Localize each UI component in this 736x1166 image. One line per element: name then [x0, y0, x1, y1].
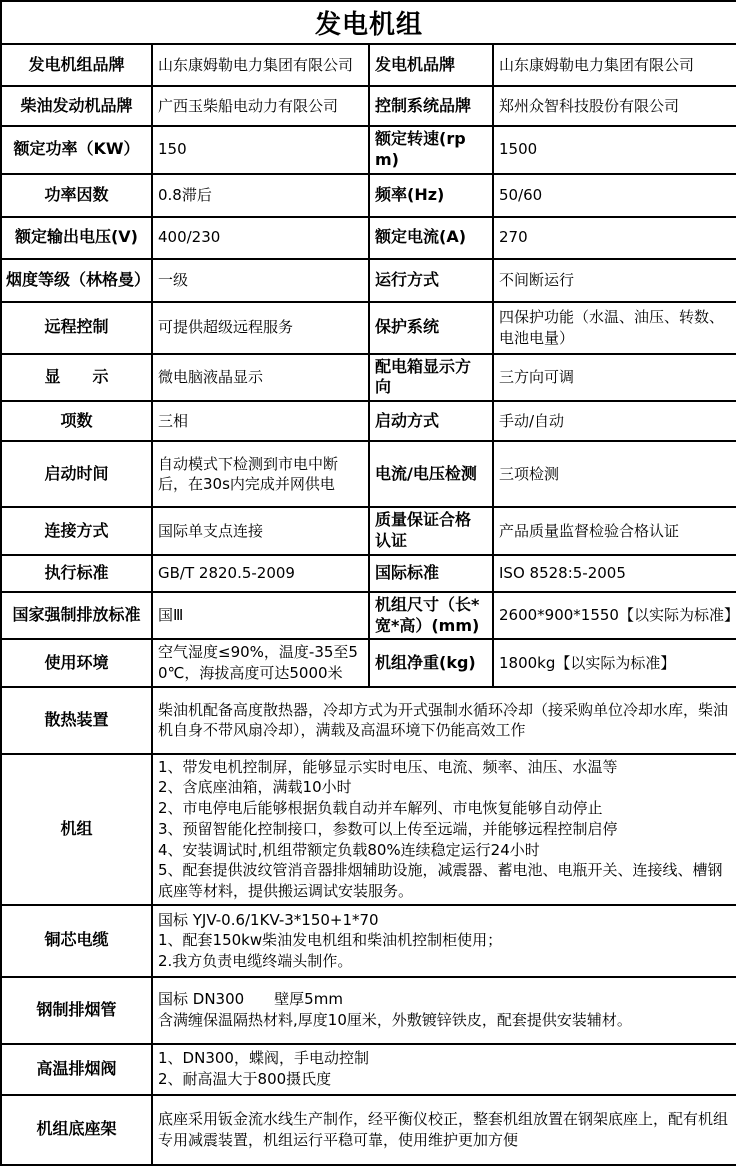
row-label: 质量保证合格认证 [369, 507, 493, 555]
spec-row: 执行标准 GB/T 2820.5-2009 国际标准 ISO 8528:5-20… [1, 555, 736, 592]
row-value: 1500 [493, 126, 736, 174]
row-value: 国标 YJV-0.6/1KV-3*150+1*70 1、配套150kw柴油发电机… [152, 905, 736, 977]
page-title: 发电机组 [1, 1, 736, 44]
row-label: 电流/电压检测 [369, 441, 493, 507]
row-label: 额定功率（KW） [1, 126, 152, 174]
row-value: 底座采用钣金流水线生产制作，经平衡仪校正，整套机组放置在钢架底座上，配有机组专用… [152, 1095, 736, 1165]
detail-row: 铜芯电缆 国标 YJV-0.6/1KV-3*150+1*70 1、配套150kw… [1, 905, 736, 977]
row-label: 连接方式 [1, 507, 152, 555]
detail-row: 散热装置 柴油机配备高度散热器，冷却方式为开式强制水循环冷却（接采购单位冷却水库… [1, 687, 736, 754]
detail-row: 机组底座架 底座采用钣金流水线生产制作，经平衡仪校正，整套机组放置在钢架底座上，… [1, 1095, 736, 1165]
generator-spec-table: 发电机组 发电机组品牌 山东康姆勒电力集团有限公司 发电机品牌 山东康姆勒电力集… [0, 0, 736, 1166]
row-value: 郑州众智科技股份有限公司 [493, 86, 736, 126]
row-value: 一级 [152, 259, 369, 302]
spec-row: 额定输出电压(V) 400/230 额定电流(A) 270 [1, 217, 736, 259]
spec-row: 项数 三相 启动方式 手动/自动 [1, 401, 736, 441]
row-value: 三项检测 [493, 441, 736, 507]
spec-row: 发电机组品牌 山东康姆勒电力集团有限公司 发电机品牌 山东康姆勒电力集团有限公司 [1, 44, 736, 86]
spec-row: 国家强制排放标准 国Ⅲ 机组尺寸（长*宽*高）(mm) 2600*900*155… [1, 592, 736, 640]
row-value: 三方向可调 [493, 354, 736, 402]
row-value: 三相 [152, 401, 369, 441]
row-label: 控制系统品牌 [369, 86, 493, 126]
row-label: 机组净重(kg) [369, 639, 493, 686]
row-value: ISO 8528:5-2005 [493, 555, 736, 592]
row-label: 发电机品牌 [369, 44, 493, 86]
row-value: 可提供超级远程服务 [152, 302, 369, 354]
row-label: 执行标准 [1, 555, 152, 592]
row-label: 启动时间 [1, 441, 152, 507]
row-label: 散热装置 [1, 687, 152, 754]
row-value: 微电脑液晶显示 [152, 354, 369, 402]
spec-row: 使用环境 空气湿度≤90%，温度-35至50℃，海拔高度可达5000米 机组净重… [1, 639, 736, 686]
row-value: 1800kg【以实际为标准】 [493, 639, 736, 686]
row-label: 烟度等级（林格曼） [1, 259, 152, 302]
row-value: 柴油机配备高度散热器，冷却方式为开式强制水循环冷却（接采购单位冷却水库，柴油机自… [152, 687, 736, 754]
row-value: 1、带发电机控制屏，能够显示实时电压、电流、频率、油压、水温等 2、含底座油箱，… [152, 754, 736, 905]
row-value: 1、DN300，蝶阀，手电动控制 2、耐高温大于800摄氏度 [152, 1044, 736, 1095]
row-label: 频率(Hz) [369, 174, 493, 217]
row-value: 2600*900*1550【以实际为标准】 [493, 592, 736, 640]
detail-row: 高温排烟阀 1、DN300，蝶阀，手电动控制 2、耐高温大于800摄氏度 [1, 1044, 736, 1095]
spec-row: 柴油发动机品牌 广西玉柴船电动力有限公司 控制系统品牌 郑州众智科技股份有限公司 [1, 86, 736, 126]
row-value: 手动/自动 [493, 401, 736, 441]
row-value: 50/60 [493, 174, 736, 217]
row-label: 机组尺寸（长*宽*高）(mm) [369, 592, 493, 640]
row-value: 400/230 [152, 217, 369, 259]
spec-row: 功率因数 0.8滞后 频率(Hz) 50/60 [1, 174, 736, 217]
spec-row: 显 示 微电脑液晶显示 配电箱显示方向 三方向可调 [1, 354, 736, 402]
row-label: 配电箱显示方向 [369, 354, 493, 402]
row-value: 270 [493, 217, 736, 259]
row-label: 显 示 [1, 354, 152, 402]
row-label: 柴油发动机品牌 [1, 86, 152, 126]
row-label: 项数 [1, 401, 152, 441]
row-label: 国家强制排放标准 [1, 592, 152, 640]
title-row: 发电机组 [1, 1, 736, 44]
detail-row: 钢制排烟管 国标 DN300 壁厚5mm 含满缠保温隔热材料,厚度10厘米，外敷… [1, 977, 736, 1044]
row-value: 四保护功能（水温、油压、转数、电池电量） [493, 302, 736, 354]
row-label: 额定输出电压(V) [1, 217, 152, 259]
row-label: 机组底座架 [1, 1095, 152, 1165]
row-label: 运行方式 [369, 259, 493, 302]
row-label: 保护系统 [369, 302, 493, 354]
row-value: 产品质量监督检验合格认证 [493, 507, 736, 555]
row-label: 远程控制 [1, 302, 152, 354]
row-value: 不间断运行 [493, 259, 736, 302]
spec-row: 额定功率（KW） 150 额定转速(rpm) 1500 [1, 126, 736, 174]
spec-row: 连接方式 国际单支点连接 质量保证合格认证 产品质量监督检验合格认证 [1, 507, 736, 555]
row-value: 150 [152, 126, 369, 174]
row-label: 铜芯电缆 [1, 905, 152, 977]
row-value: 国标 DN300 壁厚5mm 含满缠保温隔热材料,厚度10厘米，外敷镀锌铁皮，配… [152, 977, 736, 1044]
row-value: 空气湿度≤90%，温度-35至50℃，海拔高度可达5000米 [152, 639, 369, 686]
row-value: 山东康姆勒电力集团有限公司 [152, 44, 369, 86]
row-label: 机组 [1, 754, 152, 905]
row-value: 0.8滞后 [152, 174, 369, 217]
row-value: 国际单支点连接 [152, 507, 369, 555]
row-label: 发电机组品牌 [1, 44, 152, 86]
spec-row: 烟度等级（林格曼） 一级 运行方式 不间断运行 [1, 259, 736, 302]
row-value: 自动模式下检测到市电中断后，在30s内完成并网供电 [152, 441, 369, 507]
row-label: 钢制排烟管 [1, 977, 152, 1044]
row-label: 使用环境 [1, 639, 152, 686]
spec-row: 启动时间 自动模式下检测到市电中断后，在30s内完成并网供电 电流/电压检测 三… [1, 441, 736, 507]
row-label: 功率因数 [1, 174, 152, 217]
row-value: GB/T 2820.5-2009 [152, 555, 369, 592]
spec-row: 远程控制 可提供超级远程服务 保护系统 四保护功能（水温、油压、转数、电池电量） [1, 302, 736, 354]
generator-spec-sheet: 发电机组 发电机组品牌 山东康姆勒电力集团有限公司 发电机品牌 山东康姆勒电力集… [0, 0, 736, 1166]
row-label: 额定转速(rpm) [369, 126, 493, 174]
row-value: 国Ⅲ [152, 592, 369, 640]
row-value: 山东康姆勒电力集团有限公司 [493, 44, 736, 86]
row-value: 广西玉柴船电动力有限公司 [152, 86, 369, 126]
row-label: 额定电流(A) [369, 217, 493, 259]
row-label: 启动方式 [369, 401, 493, 441]
row-label: 高温排烟阀 [1, 1044, 152, 1095]
row-label: 国际标准 [369, 555, 493, 592]
detail-row: 机组 1、带发电机控制屏，能够显示实时电压、电流、频率、油压、水温等 2、含底座… [1, 754, 736, 905]
